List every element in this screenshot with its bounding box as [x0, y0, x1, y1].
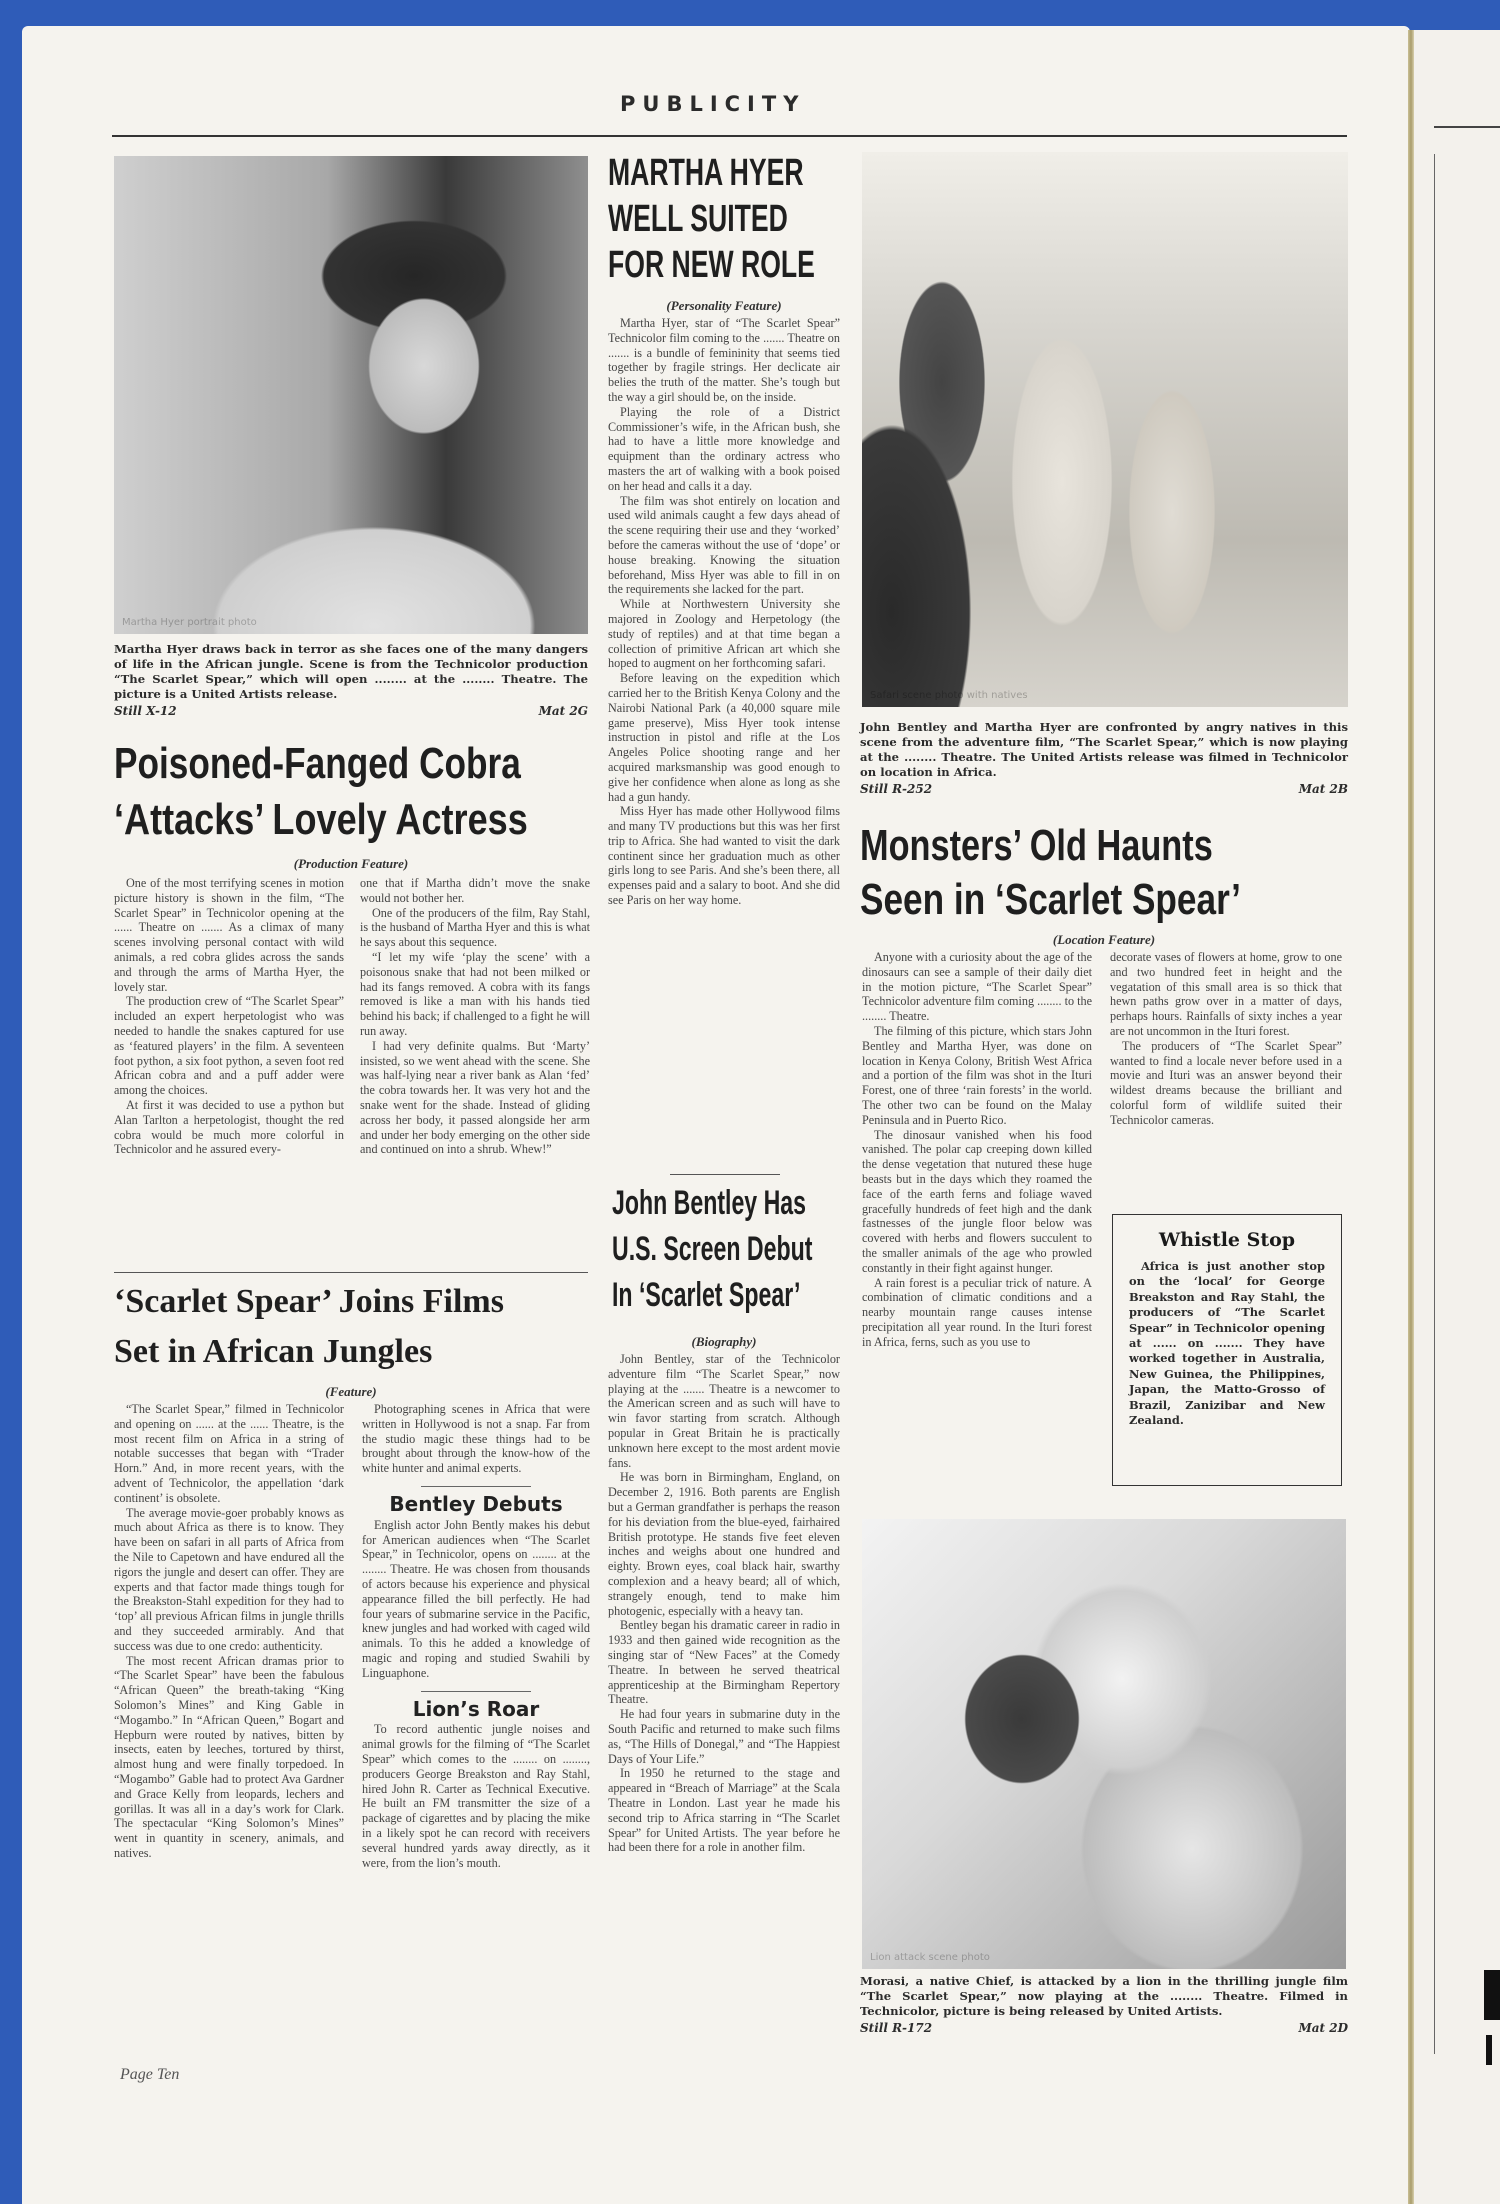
- kicker-monsters: (Location Feature): [860, 932, 1348, 948]
- caption-credits: Still R-252 Mat 2B: [860, 782, 1348, 797]
- adjacent-page-glyph: [1484, 1970, 1500, 2020]
- headline-jungles-line2: Set in African Jungles: [114, 1328, 432, 1376]
- photo-caption-lion: Morasi, a native Chief, is attacked by a…: [860, 1974, 1348, 2036]
- paragraph: I had very definite qualms. But ‘Marty’ …: [360, 1039, 590, 1157]
- caption-text: John Bentley and Martha Hyer are confron…: [860, 720, 1348, 780]
- kicker-martha: (Personality Feature): [608, 298, 840, 314]
- mat-number: Mat 2G: [539, 704, 588, 719]
- photo-alt-text: Martha Hyer portrait photo: [122, 617, 257, 628]
- paragraph: “I let my wife ‘play the scene’ with a p…: [360, 950, 590, 1039]
- caption-credits: Still R-172 Mat 2D: [860, 2021, 1348, 2036]
- headline-martha-line3: FOR NEW ROLE: [608, 246, 815, 284]
- headline-monsters-line1: Monsters’ Old Haunts: [860, 824, 1213, 868]
- paragraph: Miss Hyer has made other Hollywood films…: [608, 804, 840, 908]
- headline-cobra-line2: ‘Attacks’ Lovely Actress: [114, 798, 528, 842]
- headline-martha-line1: MARTHA HYER: [608, 154, 804, 192]
- paragraph: The filming of this picture, which stars…: [862, 1024, 1092, 1128]
- article-jungles-col1: “The Scarlet Spear,” filmed in Technicol…: [114, 1402, 344, 1861]
- paragraph: The film was shot entirely on location a…: [608, 494, 840, 598]
- headline-martha-line2: WELL SUITED: [608, 200, 788, 238]
- headline-bio-line1: John Bentley Has: [612, 1186, 806, 1220]
- kicker-cobra: (Production Feature): [114, 856, 588, 872]
- paragraph: He had four years in submarine duty in t…: [608, 1707, 840, 1766]
- paragraph: John Bentley, star of the Technicolor ad…: [608, 1352, 840, 1470]
- headline-monsters-line2: Seen in ‘Scarlet Spear’: [860, 878, 1241, 922]
- article-bio-body: John Bentley, star of the Technicolor ad…: [608, 1352, 840, 1855]
- photo-martha-hyer: Martha Hyer portrait photo: [114, 156, 588, 634]
- paragraph: The producers of “The Scarlet Spear” wan…: [1110, 1039, 1342, 1128]
- article-jungles-col2: Photographing scenes in Africa that were…: [362, 1402, 590, 1870]
- photo-alt-text: Lion attack scene photo: [870, 1952, 990, 1963]
- headline-cobra-line1: Poisoned-Fanged Cobra: [114, 742, 521, 786]
- paragraph: Anyone with a curiosity about the age of…: [862, 950, 1092, 1024]
- headline-lions-roar: Lion’s Roar: [362, 1702, 590, 1717]
- paragraph: The most recent African dramas prior to …: [114, 1654, 344, 1861]
- headline-bentley-debuts: Bentley Debuts: [362, 1497, 590, 1512]
- article-cobra-col1: One of the most terrifying scenes in mot…: [114, 876, 344, 1157]
- still-number: Still X-12: [114, 704, 177, 719]
- divider: [421, 1691, 531, 1692]
- adjacent-page-rule: [1434, 126, 1500, 128]
- paragraph: The production crew of “The Scarlet Spea…: [114, 994, 344, 1098]
- paragraph: While at Northwestern University she maj…: [608, 597, 840, 671]
- paragraph: one that if Martha didn’t move the snake…: [360, 876, 590, 906]
- paragraph: Martha Hyer, star of “The Scarlet Spear”…: [608, 316, 840, 405]
- divider: [670, 1174, 780, 1175]
- photo-safari-scene: Safari scene photo with natives: [862, 152, 1348, 707]
- mat-number: Mat 2D: [1298, 2021, 1348, 2036]
- photo-alt-text: Safari scene photo with natives: [870, 690, 1028, 701]
- article-cobra-col2: one that if Martha didn’t move the snake…: [360, 876, 590, 1157]
- kicker-jungles: (Feature): [114, 1384, 588, 1400]
- paragraph: He was born in Birmingham, England, on D…: [608, 1470, 840, 1618]
- headline-bio-line2: U.S. Screen Debut: [612, 1232, 812, 1266]
- paragraph: One of the most terrifying scenes in mot…: [114, 876, 344, 994]
- paragraph: decorate vases of flowers at home, grow …: [1110, 950, 1342, 1039]
- paragraph: The average movie-goer probably knows as…: [114, 1506, 344, 1654]
- paragraph: To record authentic jungle noises and an…: [362, 1722, 590, 1870]
- photo-caption-woman: Martha Hyer draws back in terror as she …: [114, 642, 588, 719]
- photo-caption-safari: John Bentley and Martha Hyer are confron…: [860, 720, 1348, 797]
- section-title: PUBLICITY: [620, 92, 920, 116]
- paragraph: In 1950 he returned to the stage and app…: [608, 1766, 840, 1855]
- paragraph: At first it was decided to use a python …: [114, 1098, 344, 1157]
- paragraph: “The Scarlet Spear,” filmed in Technicol…: [114, 1402, 344, 1506]
- paragraph: Photographing scenes in Africa that were…: [362, 1402, 590, 1476]
- headline-bio-line3: In ‘Scarlet Spear’: [612, 1278, 800, 1312]
- mat-number: Mat 2B: [1299, 782, 1348, 797]
- paragraph: Bentley began his dramatic career in rad…: [608, 1618, 840, 1707]
- sidebar-box-whistle-stop: Whistle Stop Africa is just another stop…: [1112, 1214, 1342, 1486]
- adjacent-page-glyph: [1486, 2035, 1492, 2065]
- caption-credits: Still X-12 Mat 2G: [114, 704, 588, 719]
- photo-lion-attack: Lion attack scene photo: [862, 1519, 1346, 1969]
- paragraph: Playing the role of a District Commissio…: [608, 405, 840, 494]
- article-monsters-col2: decorate vases of flowers at home, grow …: [1110, 950, 1342, 1128]
- paragraph: One of the producers of the film, Ray St…: [360, 906, 590, 950]
- page-number: Page Ten: [120, 2066, 179, 2084]
- header-rule: [112, 135, 1347, 137]
- article-monsters-col1: Anyone with a curiosity about the age of…: [862, 950, 1092, 1350]
- paragraph: English actor John Bently makes his debu…: [362, 1518, 590, 1681]
- still-number: Still R-172: [860, 2021, 932, 2036]
- paragraph: Before leaving on the expedition which c…: [608, 671, 840, 804]
- article-martha-body: Martha Hyer, star of “The Scarlet Spear”…: [608, 316, 840, 908]
- caption-text: Morasi, a native Chief, is attacked by a…: [860, 1974, 1348, 2019]
- adjacent-page-edge: [1414, 30, 1500, 2204]
- divider: [421, 1486, 531, 1487]
- whistle-stop-body: Africa is just another stop on the ‘loca…: [1129, 1259, 1325, 1428]
- headline-jungles-line1: ‘Scarlet Spear’ Joins Films: [114, 1278, 504, 1326]
- paragraph: A rain forest is a peculiar trick of nat…: [862, 1276, 1092, 1350]
- still-number: Still R-252: [860, 782, 932, 797]
- caption-text: Martha Hyer draws back in terror as she …: [114, 642, 588, 702]
- paragraph: The dinosaur vanished when his food vani…: [862, 1128, 1092, 1276]
- kicker-bio: (Biography): [608, 1334, 840, 1350]
- headline-whistle-stop: Whistle Stop: [1129, 1229, 1325, 1251]
- divider: [114, 1272, 588, 1273]
- adjacent-page-box: [1434, 154, 1500, 2054]
